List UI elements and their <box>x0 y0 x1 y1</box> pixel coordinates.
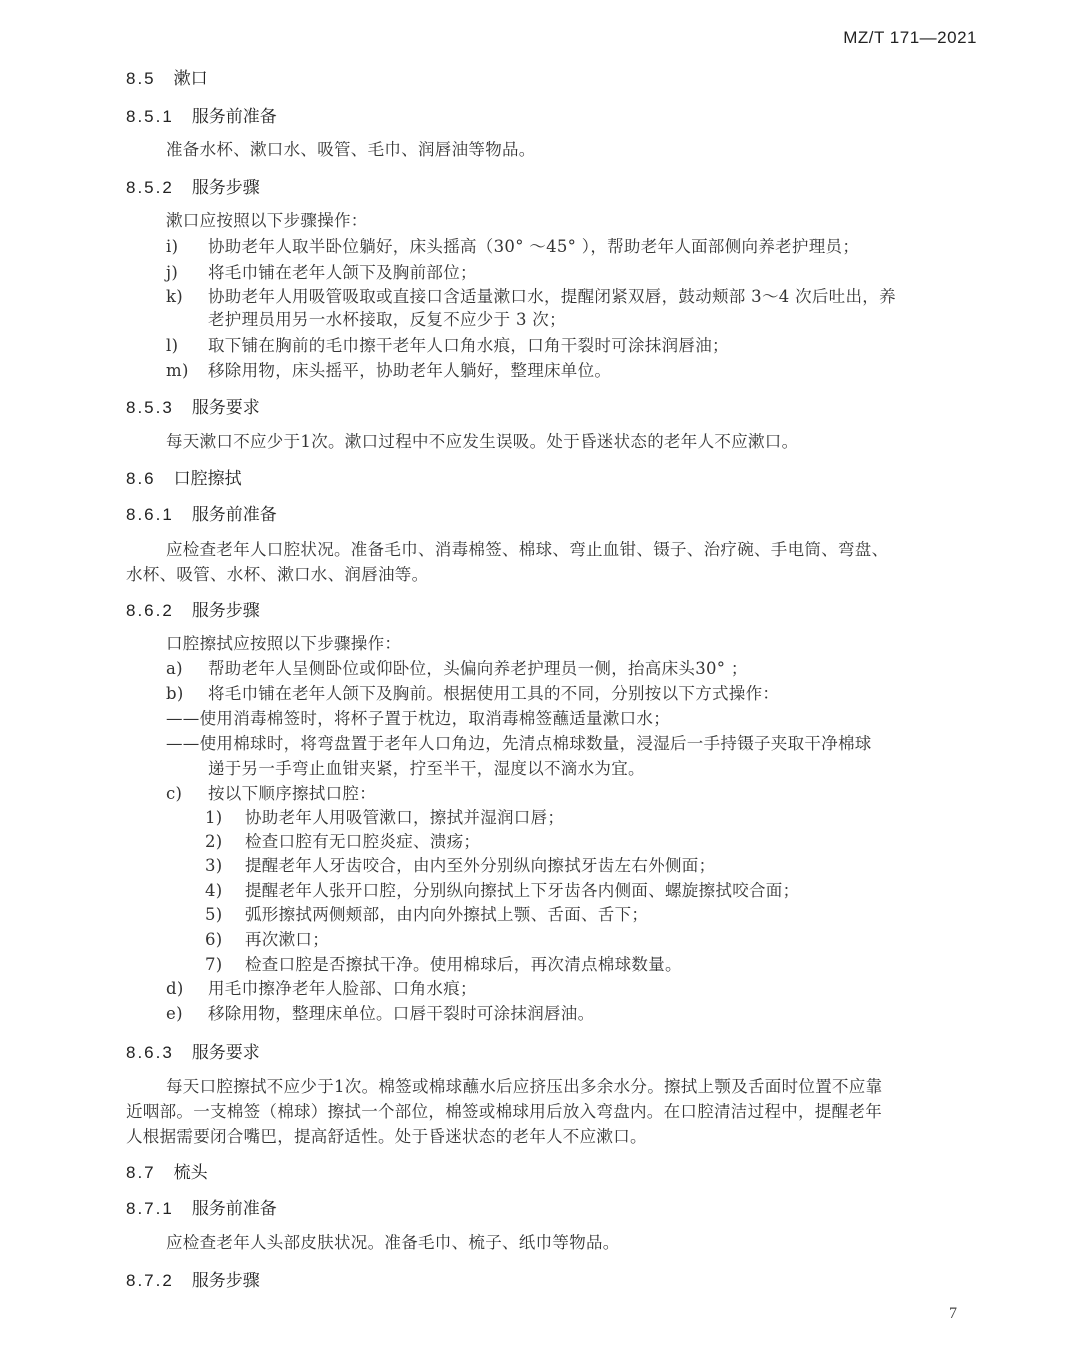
sub-list-item: 1)协助老年人用吸管漱口，擦拭并湿润口唇； <box>205 804 564 828</box>
section-heading-8-7-1: 8.7.1服务前准备 <box>126 1194 277 1219</box>
section-heading-8-6: 8.6口腔擦拭 <box>126 464 242 489</box>
paragraph: 漱口应按照以下步骤操作： <box>166 207 368 231</box>
section-heading-8-5-3: 8.5.3服务要求 <box>126 393 260 418</box>
list-item: e)移除用物，整理床单位。口唇干裂时可涂抹润唇油。 <box>166 1000 594 1024</box>
document-id-header: MZ/T 171—2021 <box>843 28 977 48</box>
paragraph-continuation: 水杯、吸管、水杯、漱口水、润唇油等。 <box>126 561 428 585</box>
sub-list-item: 6)再次漱口； <box>205 926 329 950</box>
sub-list-item: 5)弧形擦拭两侧颊部，由内向外擦拭上颚、舌面、舌下； <box>205 901 648 925</box>
paragraph-continuation: 人根据需要闭合嘴巴，提高舒适性。处于昏迷状态的老年人不应漱口。 <box>126 1123 647 1147</box>
list-item: b)将毛巾铺在老年人颌下及胸前。根据使用工具的不同，分别按以下方式操作： <box>166 680 779 704</box>
list-item-continuation: 老护理员用另一水杯接取，反复不应少于 3 次； <box>208 306 566 330</box>
list-item: a)帮助老年人呈侧卧位或仰卧位，头偏向养老护理员一侧，抬高床头30° ； <box>166 655 748 679</box>
section-heading-8-5-2: 8.5.2服务步骤 <box>126 173 260 198</box>
section-heading-8-5: 8.5漱口 <box>126 64 208 89</box>
paragraph: 口腔擦拭应按照以下步骤操作： <box>166 630 401 654</box>
section-heading-8-7: 8.7梳头 <box>126 1158 208 1183</box>
paragraph: 应检查老年人口腔状况。准备毛巾、消毒棉签、棉球、弯止血钳、镊子、治疗碗、手电筒、… <box>166 536 888 560</box>
section-heading-8-6-2: 8.6.2服务步骤 <box>126 596 260 621</box>
list-item: l)取下铺在胸前的毛巾擦干老年人口角水痕，口角干裂时可涂抹润唇油； <box>166 332 729 356</box>
sub-list-item: 3)提醒老年人牙齿咬合，由内至外分别纵向擦拭牙齿左右外侧面； <box>205 852 715 876</box>
dash-item: ——使用消毒棉签时，将杯子置于枕边，取消毒棉签蘸适量漱口水； <box>166 705 670 729</box>
sub-list-item: 7)检查口腔是否擦拭干净。使用棉球后，再次清点棉球数量。 <box>205 951 682 975</box>
paragraph-continuation: 近咽部。一支棉签（棉球）擦拭一个部位，棉签或棉球用后放入弯盘内。在口腔清洁过程中… <box>126 1098 882 1122</box>
section-heading-8-6-3: 8.6.3服务要求 <box>126 1038 260 1063</box>
list-item: c)按以下顺序擦拭口腔： <box>166 780 376 804</box>
document-page: MZ/T 171—2021 8.5漱口 8.5.1服务前准备 准备水杯、漱口水、… <box>0 0 1080 1351</box>
section-heading-8-6-1: 8.6.1服务前准备 <box>126 500 277 525</box>
list-item: i)协助老年人取半卧位躺好，床头摇高（30° ～45° ），帮助老年人面部侧向养… <box>166 233 859 257</box>
paragraph: 应检查老年人头部皮肤状况。准备毛巾、梳子、纸巾等物品。 <box>166 1229 620 1253</box>
dash-item-continuation: 递于另一手弯止血钳夹紧，拧至半干，湿度以不滴水为宜。 <box>208 755 645 779</box>
paragraph: 每天口腔擦拭不应少于1次。棉签或棉球蘸水后应挤压出多余水分。擦拭上颚及舌面时位置… <box>166 1073 882 1097</box>
list-item: k)协助老年人用吸管吸取或直接口含适量漱口水，提醒闭紧双唇，鼓动颊部 3～4 次… <box>166 283 896 307</box>
paragraph: 每天漱口不应少于1次。漱口过程中不应发生误吸。处于昏迷状态的老年人不应漱口。 <box>166 428 798 452</box>
list-item: d)用毛巾擦净老年人脸部、口角水痕； <box>166 975 477 999</box>
section-heading-8-7-2: 8.7.2服务步骤 <box>126 1266 260 1291</box>
section-heading-8-5-1: 8.5.1服务前准备 <box>126 102 277 127</box>
dash-item: ——使用棉球时，将弯盘置于老年人口角边，先清点棉球数量，浸湿后一手持镊子夹取干净… <box>166 730 872 754</box>
sub-list-item: 4)提醒老年人张开口腔，分别纵向擦拭上下牙齿各内侧面、螺旋擦拭咬合面； <box>205 877 799 901</box>
paragraph: 准备水杯、漱口水、吸管、毛巾、润唇油等物品。 <box>166 136 536 160</box>
sub-list-item: 2)检查口腔有无口腔炎症、溃疡； <box>205 828 480 852</box>
list-item: m)移除用物，床头摇平，协助老年人躺好，整理床单位。 <box>166 357 611 381</box>
list-item: j)将毛巾铺在老年人颌下及胸前部位； <box>166 259 477 283</box>
page-number: 7 <box>949 1305 957 1323</box>
